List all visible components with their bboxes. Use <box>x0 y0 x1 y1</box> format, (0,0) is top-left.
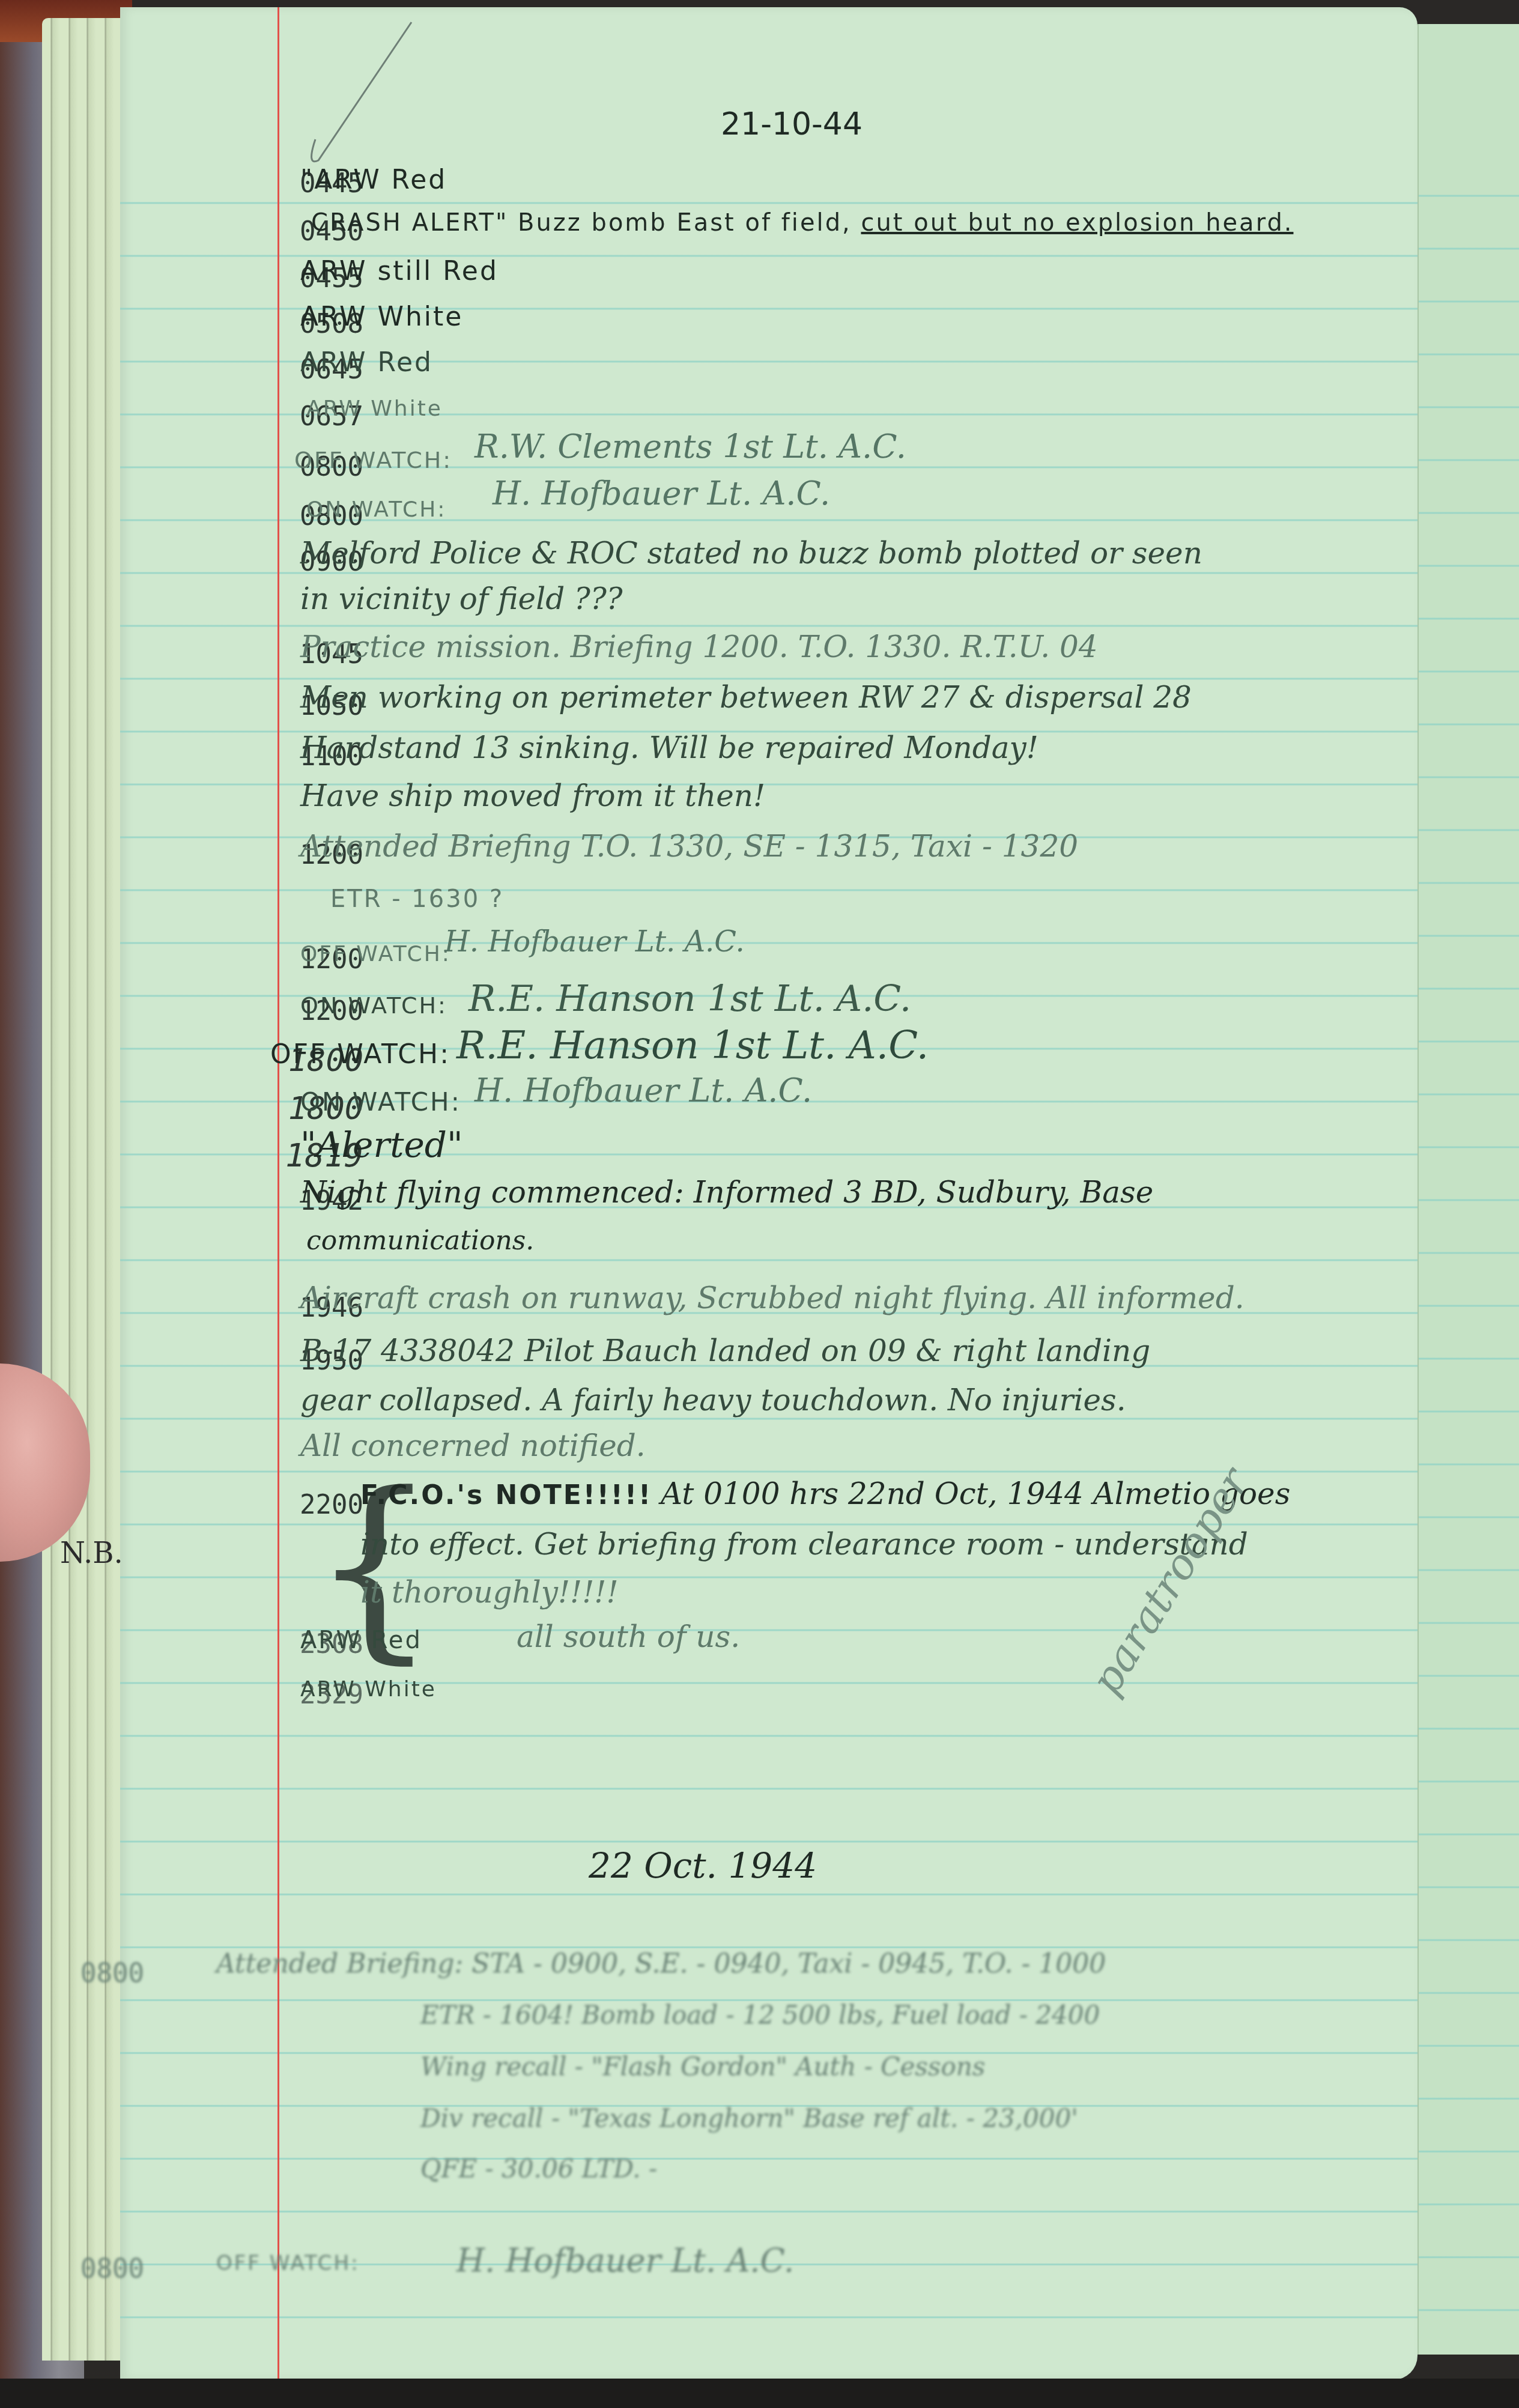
entry-text: ARW still Red <box>300 256 499 287</box>
entry-text: Night flying commenced: Informed 3 BD, S… <box>300 1175 1153 1210</box>
entry-text: ARW White <box>300 1677 437 1702</box>
entry-text: OFF WATCH: <box>270 1039 450 1070</box>
signature: R.E. Hanson 1st Lt. A.C. <box>456 1024 929 1068</box>
entry-text: Aircraft crash on runway, Scrubbed night… <box>300 1281 1245 1315</box>
entry-continuation: in vicinity of field ??? <box>300 581 623 616</box>
entry-text: Attended Briefing T.O. 1330, SE - 1315, … <box>300 829 1078 864</box>
entry-text: Practice mission. Briefing 1200. T.O. 13… <box>300 629 1098 664</box>
entry-text: Melford Police & ROC stated no buzz bomb… <box>300 536 1202 571</box>
entry-text: ON WATCH: <box>300 1087 461 1117</box>
entry-text: Men working on perimeter between RW 27 &… <box>300 680 1192 715</box>
entry-text: Attended Briefing: STA - 0900, S.E. - 09… <box>216 1949 1106 1979</box>
ruled-lines <box>1419 144 1519 2319</box>
page-stack-edges <box>42 18 123 2361</box>
entry-time: 0800 <box>54 2254 144 2284</box>
second-date: 22 Oct. 1944 <box>589 1845 817 1886</box>
signature: R.E. Hanson 1st Lt. A.C. <box>468 978 911 1020</box>
entry-line: Wing recall - "Flash Gordon" Auth - Cess… <box>420 2052 985 2081</box>
underlined-text: cut out but no explosion heard. <box>861 209 1293 237</box>
entry-line: QFE - 30.06 LTD. - <box>420 2154 657 2183</box>
entry-continuation: it thoroughly!!!!! <box>360 1575 619 1610</box>
entry-text: B-17 4338042 Pilot Bauch landed on 09 & … <box>300 1333 1150 1368</box>
entry-continuation: ETR - 1630 ? <box>330 885 504 913</box>
signature: R.W. Clements 1st Lt. A.C. <box>474 428 906 466</box>
entry-continuation: into effect. Get briefing from clearance… <box>360 1527 1248 1562</box>
entry-text: OFF WATCH: <box>294 447 452 473</box>
logbook-page: 21-10-44 0445 "ARW Red 0450 CRASH ALERT"… <box>120 7 1417 2380</box>
signature: H. Hofbauer Lt. A.C. <box>456 2242 794 2279</box>
entry-text: Hardstand 13 sinking. Will be repaired M… <box>300 730 1038 765</box>
signature: H. Hofbauer Lt. A.C. <box>493 475 830 512</box>
entry-text: ON WATCH: <box>306 497 446 522</box>
entry-continuation: communications. <box>306 1225 534 1256</box>
entry-continuation: Have ship moved from it then! <box>300 778 765 813</box>
bottom-shadow <box>0 2379 1519 2408</box>
entry-text: ARW Red <box>300 1627 422 1654</box>
entry-text: CRASH ALERT" Buzz bomb East of field, cu… <box>311 209 1293 237</box>
pencil-checkmark-icon <box>300 19 414 169</box>
entry-text: "Alerted" <box>300 1124 463 1165</box>
entry-text: "ARW Red <box>300 165 447 195</box>
entry-time: 0800 <box>54 1958 144 1989</box>
entry-text: OFF WATCH: <box>216 2251 360 2275</box>
adjacent-page-edge <box>1417 24 1519 2355</box>
signature: H. Hofbauer Lt. A.C. <box>474 1072 812 1109</box>
page-date: 21-10-44 <box>721 106 863 142</box>
entry-extra: all south of us. <box>517 1619 740 1654</box>
crash-alert-text: CRASH ALERT" Buzz bomb East of field, <box>311 209 852 237</box>
entry-text: ARW Red <box>300 347 433 378</box>
entry-line: Div recall - "Texas Longhorn" Base ref a… <box>420 2103 1078 2133</box>
signature: H. Hofbauer Lt. A.C. <box>444 925 745 959</box>
entry-text: OFF WATCH: <box>300 942 451 966</box>
entry-line: ETR - 1604! Bomb load - 12 500 lbs, Fuel… <box>420 2000 1100 2030</box>
entry-text: ARW White <box>306 396 443 421</box>
entry-continuation: gear collapsed. A fairly heavy touchdown… <box>300 1383 1126 1418</box>
nb-margin-note: N.B. <box>60 1536 123 1570</box>
entry-text: ON WATCH: <box>300 992 447 1019</box>
fco-note-label: F.C.O.'s NOTE!!!!! <box>360 1480 652 1511</box>
entry-text: ARW White <box>300 302 463 332</box>
